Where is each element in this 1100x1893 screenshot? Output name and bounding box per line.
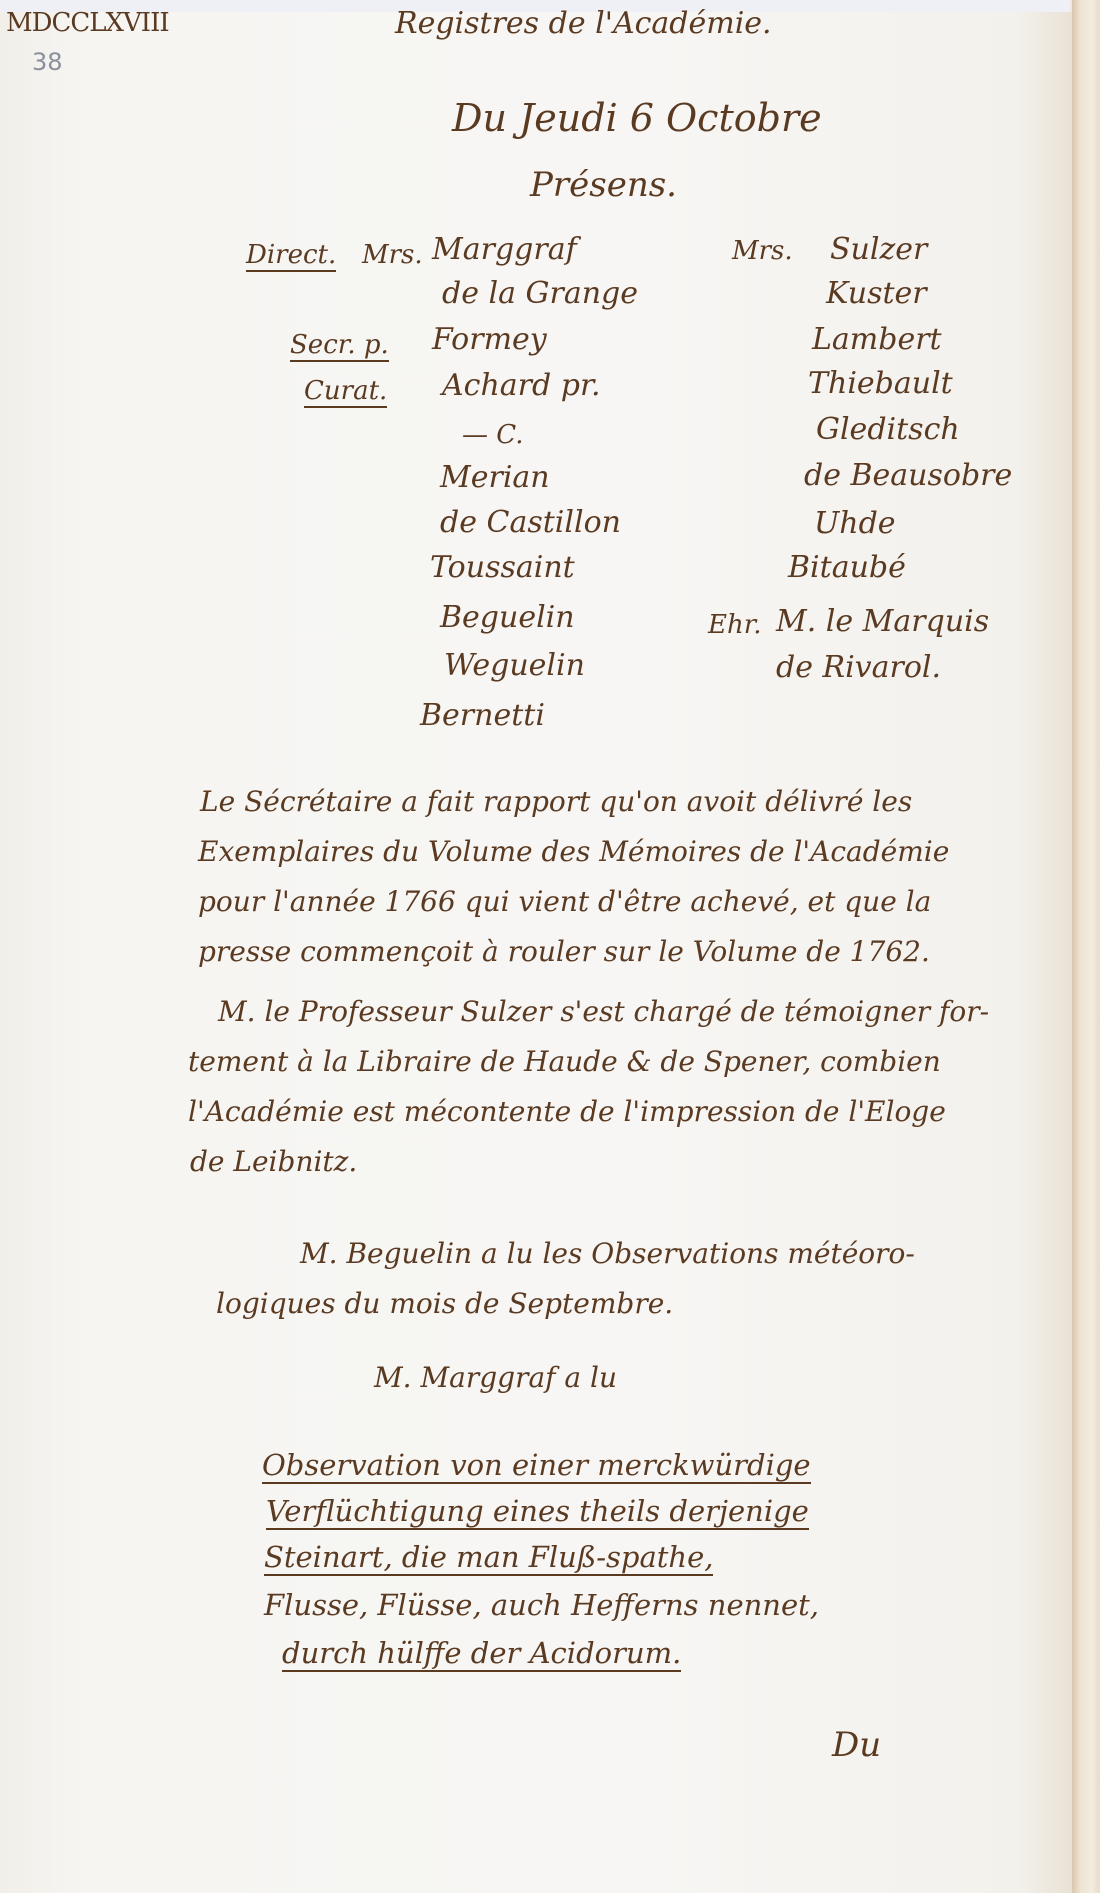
member-name: Marggraf xyxy=(432,232,577,267)
member-name: Uhde xyxy=(814,506,896,541)
member-name: Bernetti xyxy=(420,698,545,733)
class-marker: — C. xyxy=(462,420,524,450)
member-name: Thiebault xyxy=(808,366,953,401)
title-line: Steinart, die man Fluß-spathe, xyxy=(264,1540,713,1576)
text-line: Exemplaires du Volume des Mémoires de l'… xyxy=(198,830,949,874)
title-line: Observation von einer merckwürdige xyxy=(262,1448,811,1484)
title-line: Verflüchtigung eines theils derjenige xyxy=(266,1494,809,1530)
member-name: Beguelin xyxy=(440,600,575,635)
text-line: M. le Professeur Sulzer s'est chargé de … xyxy=(218,990,989,1034)
title-line: durch hülffe der Acidorum. xyxy=(282,1636,681,1672)
binding-edge xyxy=(1072,0,1100,1893)
running-head: Registres de l'Académie. xyxy=(395,6,772,41)
text-line: logiques du mois de Septembre. xyxy=(216,1282,673,1326)
role-curator: Curat. xyxy=(304,376,387,408)
member-name: Weguelin xyxy=(444,648,585,683)
title-line: Flusse, Flüsse, auch Hefferns nennet, xyxy=(264,1588,819,1622)
member-name: Sulzer xyxy=(830,232,927,267)
member-name: de Beausobre xyxy=(804,458,1012,493)
member-name: de la Grange xyxy=(442,276,638,311)
member-name: de Castillon xyxy=(440,505,621,540)
folio-number: 38 xyxy=(32,48,63,76)
member-name: Lambert xyxy=(812,322,942,357)
text-line: Le Sécrétaire a fait rapport qu'on avoit… xyxy=(200,780,912,824)
member-name: Achard pr. xyxy=(442,368,601,403)
text-line: M. Beguelin a lu les Observations météor… xyxy=(300,1232,915,1276)
year-marginalia: MDCCLXVIII xyxy=(6,8,169,38)
member-name: Formey xyxy=(432,322,547,357)
text-line: tement à la Libraire de Haude & de Spene… xyxy=(188,1040,941,1084)
member-name: Bitaubé xyxy=(788,550,906,585)
role-director: Direct. xyxy=(246,240,336,272)
prefix-messieurs: Mrs. xyxy=(732,236,793,266)
minutes-paragraph-marggraf: M. Marggraf a lu xyxy=(374,1356,617,1400)
member-name: de Rivarol. xyxy=(776,650,941,685)
text-line: presse commençoit à rouler sur le Volume… xyxy=(198,930,930,974)
member-name: Gleditsch xyxy=(816,412,960,447)
catchword: Du xyxy=(832,1725,881,1765)
honorary-marker: Ehr. xyxy=(708,610,762,640)
role-secretary: Secr. p. xyxy=(290,330,389,362)
text-line: pour l'année 1766 qui vient d'être achev… xyxy=(198,880,931,924)
text-line: l'Académie est mécontente de l'impressio… xyxy=(188,1090,946,1134)
presens-heading: Présens. xyxy=(530,165,677,205)
member-name: Toussaint xyxy=(430,550,575,585)
member-name: Kuster xyxy=(826,276,927,311)
member-name: Merian xyxy=(440,460,550,495)
prefix-messieurs: Mrs. xyxy=(362,240,423,270)
text-line: de Leibnitz. xyxy=(190,1140,357,1184)
member-name: M. le Marquis xyxy=(776,604,989,639)
session-date: Du Jeudi 6 Octobre xyxy=(452,96,822,140)
